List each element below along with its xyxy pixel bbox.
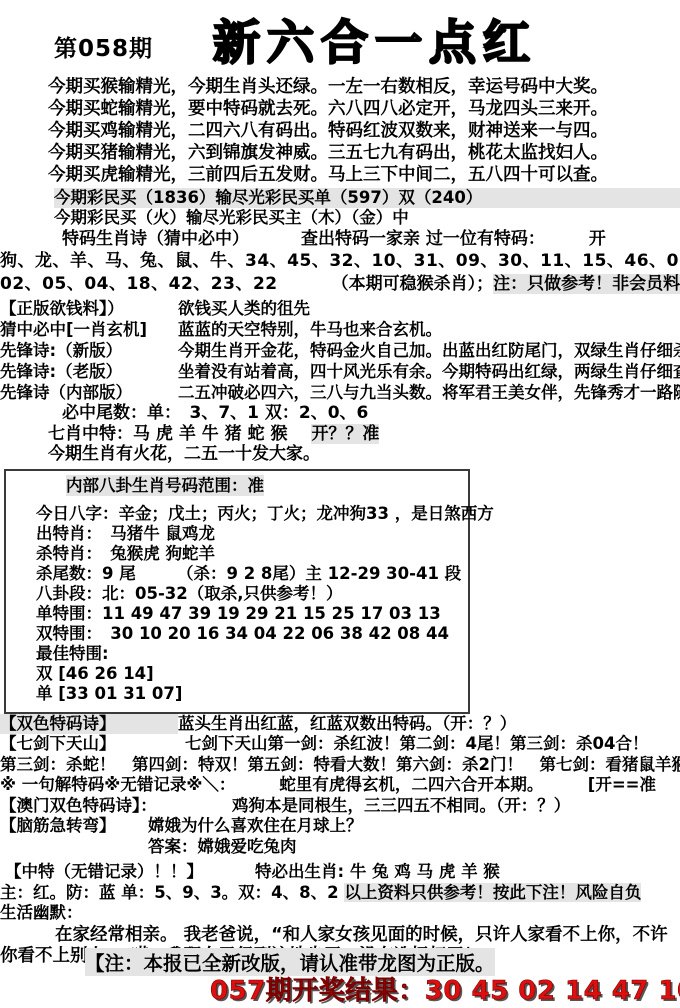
- naojin-row: 【脑筋急转弯】 嫦娥为什么喜欢住在月球上？: [0, 816, 680, 837]
- verse-text: 欲钱买人类的徂先: [178, 298, 310, 319]
- bagua-line: 单特围：11 49 47 39 19 29 21 15 25 17 03 13: [36, 604, 468, 624]
- tema-text: 查出特码一家亲 过一位有特码：: [301, 228, 545, 250]
- zhu-row: 主：红。防：蓝 单：5、9、3。双：4、8、2 以上资料只供参考！按此下注！风险…: [0, 883, 680, 904]
- qijian-row-2: 第三剑：杀蛇！ 第四剑：特双！第五剑：特看大数！第六剑：杀2门！ 第七剑：看猪鼠…: [0, 755, 680, 776]
- tema-shengxiao-row: 特码生肖诗（猜中必中） 查出特码一家亲 过一位有特码： 开: [62, 228, 680, 250]
- verse-text: 二五冲破必四六，三八与九当头数。将军君王美女伴，先锋秀才一路随。: [178, 382, 680, 403]
- bagua-box-title: 内部八卦生肖号码范围：准: [66, 475, 264, 496]
- zhongte-text: 特必出生肖: 牛 兔 鸡 马 虎 羊 猴: [255, 862, 500, 883]
- verse-row: 【正版欲钱料】） 欲钱买人类的徂先: [0, 298, 680, 319]
- zodiac-number-block: 狗、龙、羊、马、兔、鼠、牛、34、45、32、10、31、09、30、11、15…: [0, 250, 680, 296]
- bagua-line: 今日八字：辛金；戊土；丙火；丁火；龙冲狗33 ，是日煞西方: [36, 504, 468, 524]
- qijian-label: 【七剑下天山】: [0, 734, 185, 755]
- poem-line: 今期买猴输精光，今期生肖头还绿。一左一右数相反，幸运号码中大奖。: [48, 76, 680, 98]
- verse-label: 【正版欲钱料】）: [0, 298, 178, 319]
- naojin-answer: 答案：嫦娥爱吃兔肉: [148, 837, 680, 858]
- bagua-box: 内部八卦生肖号码范围：准 今日八字：辛金；戊土；丙火；丁火；龙冲狗33 ，是日煞…: [4, 469, 470, 714]
- zodiac-numbers: 02、05、04、18、42、23、22: [0, 273, 278, 296]
- poem-block: 今期买猴输精光，今期生肖头还绿。一左一右数相反，幸运号码中大奖。 今期买蛇输精光…: [48, 76, 680, 186]
- jieju-open: [开==准: [588, 775, 656, 796]
- caimin-line: 今期彩民买（火）输尽光彩民买主（木）（金）中: [54, 208, 680, 228]
- verse-label: 先锋诗:（新版）: [0, 340, 178, 361]
- bagua-line: 八卦段：北：05-32（取杀,只供参考！）: [36, 584, 468, 604]
- jieju-row: ※ 一句解特码※无错记录※＼： 蛇里有虎得玄机，二四六合开本期。 [开==准: [0, 775, 680, 796]
- zhu-text: 主：红。防：蓝 单：5、9、3。双：4、8、2: [0, 883, 344, 902]
- poem-line: 今期买鸡输精光，二四六八有码出。特码红波双数来，财神送来一与四。: [48, 120, 680, 142]
- caimin-line: 今期彩民买（1836）输尽光彩民买单（597）双（240）: [54, 188, 680, 208]
- tema-open: 开: [589, 228, 606, 250]
- humor-label: 生活幽默：: [0, 903, 680, 924]
- seven-zodiac-line: 七肖中特：马 虎 羊 牛 猪 蛇 猴 开？？准: [48, 424, 680, 445]
- misc-block: 必中尾数：单： 3、7、1 双：2、0、6 七肖中特：马 虎 羊 牛 猪 蛇 猴…: [0, 403, 680, 465]
- aomen-text: 鸡狗本是同根生，三三四五不相同。（开：？）: [232, 796, 570, 817]
- zhongte-row: 【中特（无错记录）！！】 特必出生肖: 牛 兔 鸡 马 虎 羊 猴: [5, 862, 680, 883]
- poem-line: 今期买猪输精光，六到锦旗发神威。三五七九有码出，桃花太监找妇人。: [48, 142, 680, 164]
- verse-row: 先锋诗:（新版） 今期生肖开金花，特码金火自己加。出蓝出红防尾门，双绿生肖仔细杀…: [0, 340, 680, 361]
- verse-label: 先锋诗（内部版）: [0, 382, 178, 403]
- zhongte-label: 【中特（无错记录）！！】: [5, 862, 255, 883]
- bagua-line: 单 [33 01 31 07]: [36, 684, 468, 704]
- verse-label: 猜中必中[一肖玄机]: [0, 319, 178, 340]
- bagua-line: 杀特肖： 兔猴虎 狗蛇羊: [36, 544, 468, 564]
- shuangse-row: 【双色特码诗】 蓝头生肖出红蓝，红蓝双数出特码。（开：？）: [0, 714, 680, 735]
- issue-number: 第058期: [54, 30, 153, 63]
- bagua-line: 杀尾数：9 尾 （杀：9 2 8尾）主 12-29 30-41 段: [36, 564, 468, 584]
- bottom-sections: 【双色特码诗】 蓝头生肖出红蓝，红蓝双数出特码。（开：？） 【七剑下天山】 七剑…: [0, 714, 680, 967]
- zhu-disclaimer: 以上资料只供参考！按此下注！风险自负: [344, 883, 641, 902]
- zodiac-note-left: （本期可稳猴杀肖）；: [332, 274, 494, 294]
- page-title: 新六合一点红: [70, 0, 680, 73]
- verse-row: 先锋诗:（老版） 坐着没有站着高，四十风光乐有余。今期特码出红绿，两绿生肖仔细查…: [0, 361, 680, 382]
- tema-label: 特码生肖诗（猜中必中）: [62, 228, 249, 250]
- jieju-label: ※ 一句解特码※无错记录※＼：: [0, 775, 235, 796]
- poem-line: 今期买蛇输精光，要中特码就去死。六八四八必定开，马龙四头三来开。: [48, 98, 680, 120]
- previous-draw-result: 057期开奖结果：30 45 02 14 47 10 T 21: [210, 970, 680, 1007]
- jieju-text: 蛇里有虎得玄机，二四六合开本期。: [279, 775, 543, 796]
- seven-zodiac-text: 七肖中特：马 虎 羊 牛 猪 蛇 猴: [48, 424, 288, 444]
- zodiac-line: 狗、龙、羊、马、兔、鼠、牛、34、45、32、10、31、09、30、11、15…: [0, 250, 680, 273]
- zodiac-line: 02、05、04、18、42、23、22 （本期可稳猴杀肖）；注：只做参考！非会…: [0, 273, 680, 296]
- verse-rows: 【正版欲钱料】） 欲钱买人类的徂先 猜中必中[一肖玄机] 蓝蓝的天空特别，牛马也…: [0, 298, 680, 403]
- bagua-line: 双特围： 30 10 20 16 34 04 22 06 38 42 08 44: [36, 624, 468, 644]
- zodiac-note: （本期可稳猴杀肖）；注：只做参考！非会员料！！: [332, 273, 680, 296]
- huohua-line: 今期生肖有火花，二五一十发大家。: [48, 444, 680, 465]
- tail-numbers-line: 必中尾数：单： 3、7、1 双：2、0、6: [62, 403, 680, 424]
- naojin-question: 嫦娥为什么喜欢住在月球上？: [148, 816, 363, 837]
- lottery-tip-sheet: 第058期 新六合一点红 今期买猴输精光，今期生肖头还绿。一左一右数相反，幸运号…: [0, 0, 680, 967]
- qijian-row: 【七剑下天山】 七剑下天山第一剑：杀红波！第二剑：4尾！第三剑：杀04合！: [0, 734, 680, 755]
- aomen-label: 【澳门双色特码诗】：: [0, 796, 232, 817]
- shuangse-text: 蓝头生肖出红蓝，红蓝双数出特码。（开：？）: [178, 714, 516, 735]
- zodiac-note-right: 注：只做参考！非会员料！！: [493, 274, 680, 294]
- verse-row: 猜中必中[一肖玄机] 蓝蓝的天空特别，牛马也来合玄机。: [0, 319, 680, 340]
- bagua-line: 双 [46 26 14]: [36, 664, 468, 684]
- verse-label: 先锋诗:（老版）: [0, 361, 178, 382]
- qijian-text: 七剑下天山第一剑：杀红波！第二剑：4尾！第三剑：杀04合！: [185, 734, 648, 755]
- poem-line: 今期买虎输精光，三前四后五发财。马上三下中间二，五八四十可以查。: [48, 164, 680, 186]
- caimin-block: 今期彩民买（1836）输尽光彩民买单（597）双（240） 今期彩民买（火）输尽…: [54, 188, 680, 228]
- naojin-label: 【脑筋急转弯】: [0, 816, 148, 837]
- aomen-row: 【澳门双色特码诗】： 鸡狗本是同根生，三三四五不相同。（开：？）: [0, 796, 680, 817]
- bagua-line: 最佳特围:: [36, 644, 468, 664]
- bagua-box-lines: 今日八字：辛金；戊土；丙火；丁火；龙冲狗33 ，是日煞西方 出特肖： 马猪牛 鼠…: [36, 504, 468, 704]
- verse-text: 坐着没有站着高，四十风光乐有余。今期特码出红绿，两绿生肖仔细查。: [178, 361, 680, 382]
- verse-text: 蓝蓝的天空特别，牛马也来合玄机。: [178, 319, 442, 340]
- bagua-line: 出特肖： 马猪牛 鼠鸡龙: [36, 524, 468, 544]
- verse-row: 先锋诗（内部版） 二五冲破必四六，三八与九当头数。将军君王美女伴，先锋秀才一路随…: [0, 382, 680, 403]
- shuangse-label: 【双色特码诗】: [0, 714, 178, 735]
- masthead: 第058期 新六合一点红: [0, 0, 680, 70]
- verse-text: 今期生肖开金花，特码金火自己加。出蓝出红防尾门，双绿生肖仔细杀。: [178, 340, 680, 361]
- seven-zodiac-open: 开？？准: [311, 424, 379, 444]
